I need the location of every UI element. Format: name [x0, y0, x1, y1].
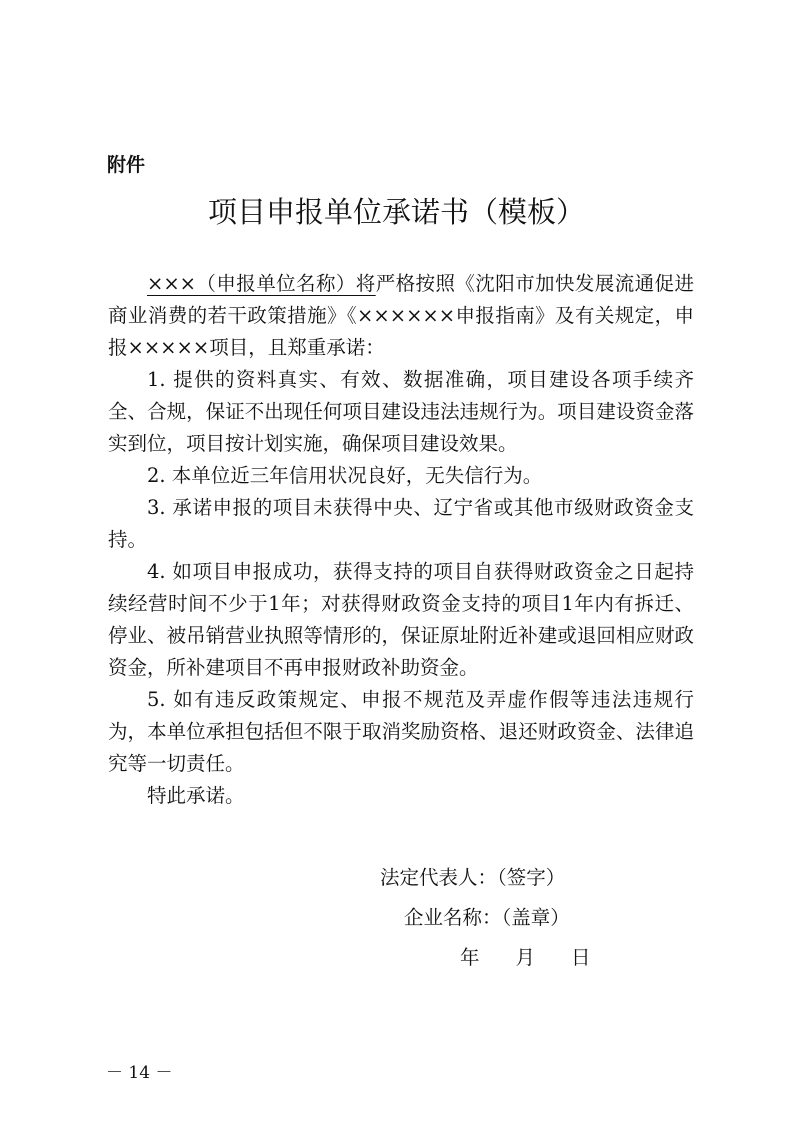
closing-statement: 特此承诺。 [108, 780, 694, 812]
commitment-item-4: 4. 如项目申报成功，获得支持的项目自获得财政资金之日起持续经营时间不少于1年；… [108, 556, 694, 684]
applicant-name-placeholder: ×××（申报单位名称）将 [147, 272, 376, 295]
page-number: － 14 － [106, 1058, 172, 1083]
intro-paragraph: ×××（申报单位名称）将严格按照《沈阳市加快发展流通促进商业消费的若干政策措施》… [108, 268, 694, 364]
company-seal: 企业名称：（盖章） [404, 902, 570, 930]
document-body: ×××（申报单位名称）将严格按照《沈阳市加快发展流通促进商业消费的若干政策措施》… [108, 268, 694, 812]
date-month: 月 [516, 942, 536, 970]
attachment-label: 附件 [107, 150, 145, 177]
date-year: 年 [460, 942, 480, 970]
commitment-item-1: 1. 提供的资料真实、有效、数据准确，项目建设各项手续齐全、合规，保证不出现任何… [108, 364, 694, 460]
date-day: 日 [571, 942, 591, 970]
commitment-item-3: 3. 承诺申报的项目未获得中央、辽宁省或其他市级财政资金支持。 [108, 492, 694, 556]
signature-date: 年月日 [460, 942, 591, 970]
document-title: 项目申报单位承诺书（模板） [0, 190, 793, 231]
legal-representative-signature: 法定代表人：（签字） [380, 862, 565, 890]
commitment-item-5: 5. 如有违反政策规定、申报不规范及弄虚作假等违法违规行为，本单位承担包括但不限… [108, 684, 694, 780]
commitment-item-2: 2. 本单位近三年信用状况良好，无失信行为。 [108, 460, 694, 492]
